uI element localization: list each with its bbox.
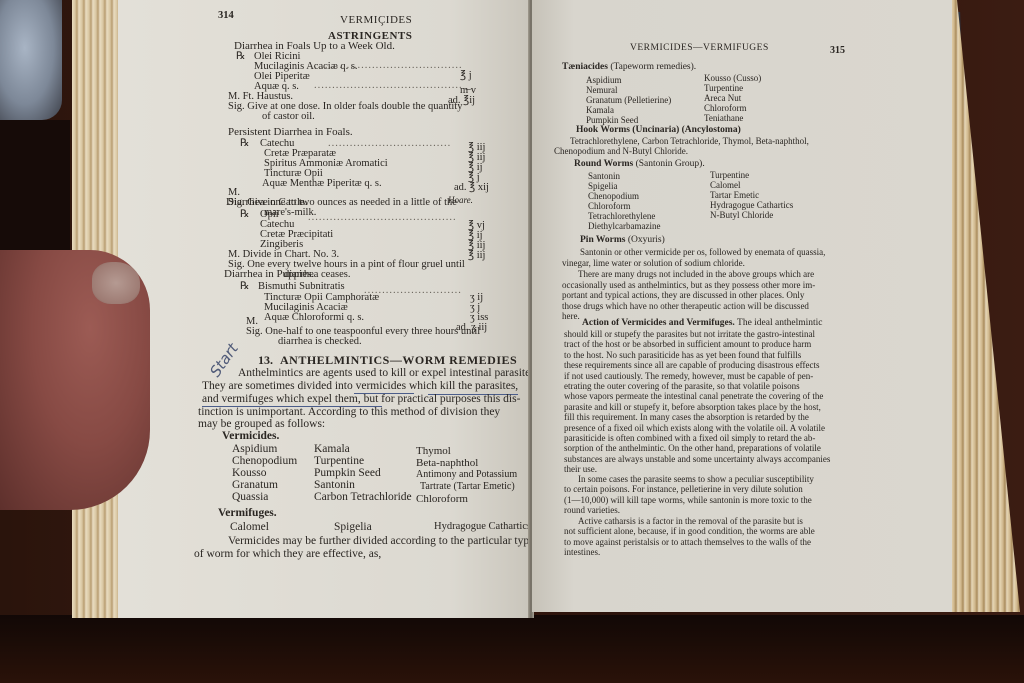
drug-name: Carbon Tetrachloride: [314, 491, 412, 504]
paragraph-line: round varieties.: [564, 505, 814, 515]
recipe-title: Diarrhea in Cattle.: [226, 196, 308, 208]
leader-dots: ........................................…: [314, 60, 463, 72]
paragraph-action: should kill or stupefy the parasites but…: [564, 329, 830, 475]
drug-name: Chloroform: [416, 493, 468, 505]
drug-name: Turpentine: [710, 170, 793, 180]
paragraph-line: parasite and kill or stupefy it, before …: [564, 402, 830, 412]
drug-name: Granatum (Pelletierine): [586, 95, 671, 105]
recipe-title: Persistent Diarrhea in Foals.: [228, 126, 353, 138]
round-worms-col1: Santonin Spigelia Chenopodium Chloroform…: [588, 171, 660, 231]
round-worms-col2: Turpentine Calomel Tartar Emetic Hydrago…: [710, 170, 793, 220]
drug-name: Tartar Emetic: [710, 190, 793, 200]
section-number: 13.: [258, 354, 273, 367]
running-head: VERMIÇIDES: [340, 14, 412, 26]
paragraph-line: Santonin or other vermicide per os, foll…: [580, 247, 825, 257]
rx-symbol: ℞: [240, 281, 249, 293]
drug-name: Aspidium: [232, 443, 277, 456]
paragraph-line: tinction is unimportant. According to th…: [198, 406, 500, 419]
drug-name: Kamala: [314, 443, 350, 456]
drug-name: Calomel: [710, 180, 793, 190]
paragraph-catharsis: Active catharsis is a factor in the remo…: [564, 516, 815, 558]
paragraph-line: parasiticide is often combined with a fi…: [564, 433, 830, 443]
heading-bold: Action of Vermicides and Vermifuges.: [582, 318, 735, 328]
left-page: 314 VERMIÇIDES ASTRINGENTS Diarrhea in F…: [118, 0, 532, 618]
paragraph-line: Chenopodium and N-Butyl Chloride.: [554, 146, 688, 156]
paragraph-line: occasionally used as anthelmintics, but …: [562, 280, 815, 291]
paragraph-line: to move against peristalsis or to attach…: [564, 537, 815, 547]
leader-dots: ...........................: [364, 285, 462, 297]
drug-name: Kousso: [232, 467, 267, 480]
vermicides-label: Vermicides.: [222, 430, 279, 443]
drug-name: Turpentine: [314, 455, 364, 468]
paragraph-line: There are many drugs not included in the…: [578, 269, 815, 280]
sig-instruction: diarrhea is checked.: [278, 336, 362, 348]
vermifuges-label: Vermifuges.: [218, 507, 277, 520]
drug-name: Chenopodium: [232, 455, 297, 468]
paragraph-line: substances are always unstable and some …: [564, 454, 830, 464]
paragraph-line: Vermicides may be further divided accord…: [228, 535, 532, 548]
dose: ad. ℥ xij: [454, 182, 489, 194]
running-head: VERMICIDES—VERMIFUGES: [630, 43, 769, 54]
dose: ℥ j: [460, 70, 472, 82]
drug-name: Hydragogue Cathartics: [710, 200, 793, 210]
paragraph-line: (1—10,000) will kill tape worms, while s…: [564, 495, 814, 505]
rx-symbol: ℞: [240, 209, 249, 221]
heading-sub: (Oxyuris): [628, 235, 665, 245]
drug-name: N-Butyl Chloride: [710, 210, 793, 220]
credit: Hoare.: [448, 195, 473, 205]
paragraph-line: Tetrachlorethylene, Carbon Tetrachloride…: [570, 136, 809, 146]
drug-name: Kousso (Cusso): [704, 73, 761, 83]
heading-sub: (Tapeworm remedies).: [610, 62, 696, 72]
shadow: [0, 120, 70, 260]
rx-symbol: ℞: [236, 51, 245, 63]
blue-cloth: [0, 0, 62, 120]
drug-name: Thymol: [416, 445, 451, 457]
thumbnail: [92, 262, 140, 304]
heading-sub: (Santonin Group).: [636, 159, 705, 169]
paragraph-line: to certain poisons. For instance, pellet…: [564, 484, 814, 494]
handwritten-annotation: Start: [207, 341, 242, 381]
paragraph-line: Anthelmintics are agents used to kill or…: [238, 367, 532, 380]
drug-name: Chloroform: [588, 201, 660, 211]
heading-bold: Pin Worms: [580, 235, 625, 245]
paragraph-line: may be grouped as follows:: [198, 418, 325, 431]
recipe-title: Diarrhea in Puppies.: [224, 268, 314, 280]
section-title: ANTHELMINTICS—WORM REMEDIES: [280, 354, 517, 367]
paragraph-line: those drugs which have no other therapeu…: [562, 301, 815, 312]
drug-name: Diethylcarbamazine: [588, 221, 660, 231]
drug-name: Chenopodium: [588, 191, 660, 201]
drug-name: Tartrate (Tartar Emetic): [420, 481, 515, 492]
paragraph-line: The ideal anthelmintic: [737, 318, 822, 328]
sig-instruction: of castor oil.: [262, 111, 315, 123]
ingredient: Aquæ Menthæ Piperitæ q. s.: [262, 178, 382, 190]
drug-name: Quassia: [232, 491, 268, 504]
ingredient: Aquæ Chloroformi q. s.: [264, 312, 364, 324]
paragraph-line: these requirements since all are capable…: [564, 360, 830, 370]
underlined-text: They are sometimes divided into vermicid…: [202, 380, 518, 392]
right-page: VERMICIDES—VERMIFUGES 315 Tæniacides (Ta…: [532, 0, 952, 612]
page-number: 315: [830, 45, 845, 56]
paragraph-line: intestines.: [564, 547, 815, 557]
drug-name: Pumpkin Seed: [586, 115, 671, 125]
page-number: 314: [218, 10, 234, 22]
drug-name: Beta-naphthol: [416, 457, 478, 469]
leader-dots: ..................................: [328, 138, 451, 150]
paragraph-susceptibility: In some cases the parasite seems to show…: [564, 474, 814, 516]
action-heading-line: Action of Vermicides and Vermifuges. The…: [582, 318, 822, 329]
drug-name: Teniathane: [704, 113, 761, 123]
drug-name: Nemural: [586, 85, 671, 95]
paragraph-line: etrating the outer covering of the paras…: [564, 381, 830, 391]
paragraph-line: They are sometimes divided into vermicid…: [202, 380, 518, 393]
paragraph-line: presence of a fixed oil which exists alo…: [564, 423, 830, 433]
paragraph-other-drugs: There are many drugs not included in the…: [578, 269, 815, 322]
drug-name: Pumpkin Seed: [314, 467, 381, 480]
leader-dots: ........................................…: [314, 80, 463, 92]
paragraph-line: should kill or stupefy the parasites but…: [564, 329, 830, 339]
drug-name: Calomel: [230, 521, 269, 534]
drug-name: Spigelia: [334, 521, 372, 534]
drug-name: Turpentine: [704, 83, 761, 93]
paragraph-line: sorption of the anthelmintic. On the oth…: [564, 443, 830, 453]
table-surface: [0, 615, 1024, 683]
heading-bold: Tæniacides: [562, 62, 608, 72]
paragraph-line: tract of the host or be absorbed in suff…: [564, 339, 830, 349]
paragraph-line: not sufficient alone, because, if in goo…: [564, 526, 815, 536]
paragraph-line: of worm for which they are effective, as…: [194, 548, 381, 561]
drug-name: Spigelia: [588, 181, 660, 191]
leader-dots: ........................................…: [308, 212, 457, 224]
drug-name: Tetrachlorethylene: [588, 211, 660, 221]
paragraph-line: vinegar, lime water or solution of sodiu…: [562, 258, 745, 268]
paragraph-line: and vermifuges which expel them, but for…: [202, 393, 520, 406]
round-worms-heading: Round Worms (Santonin Group).: [574, 159, 705, 170]
heading-bold: Round Worms: [574, 159, 633, 169]
drug-name: Aspidium: [586, 75, 671, 85]
ingredient: Bismuthi Subnitratis: [258, 281, 345, 293]
dose: ℥ iij: [468, 250, 485, 262]
hook-worms-heading: Hook Worms (Uncinaria) (Ancylostoma): [576, 125, 741, 136]
paragraph-line: if not used cautiously. The remedy, howe…: [564, 371, 830, 381]
pin-worms-heading: Pin Worms (Oxyuris): [580, 235, 665, 246]
paragraph-line: fill this requirement. In many cases the…: [564, 412, 830, 422]
paragraph-line: Active catharsis is a factor in the remo…: [578, 516, 815, 526]
drug-name: Hydragogue Cathartics: [434, 521, 531, 533]
drug-name: Chloroform: [704, 103, 761, 113]
taeniacides-col2: Kousso (Cusso) Turpentine Areca Nut Chlo…: [704, 73, 761, 123]
taeniacides-col1: Aspidium Nemural Granatum (Pelletierine)…: [586, 75, 671, 125]
rx-symbol: ℞: [240, 138, 249, 150]
drug-name: Areca Nut: [704, 93, 761, 103]
drug-name: Santonin: [588, 171, 660, 181]
paragraph-line: In some cases the parasite seems to show…: [578, 474, 814, 484]
drug-name: Santonin: [314, 479, 355, 492]
paragraph-line: portant and typical actions, they are di…: [562, 290, 815, 301]
drug-name: Granatum: [232, 479, 278, 492]
taeniacides-heading: Tæniacides (Tapeworm remedies).: [562, 62, 696, 73]
drug-name: Antimony and Potassium: [416, 469, 517, 480]
paragraph-line: whose vapors permeate the intestinal can…: [564, 391, 830, 401]
drug-name: Kamala: [586, 105, 671, 115]
paragraph-line: to the host. No such parasiticide has as…: [564, 350, 830, 360]
